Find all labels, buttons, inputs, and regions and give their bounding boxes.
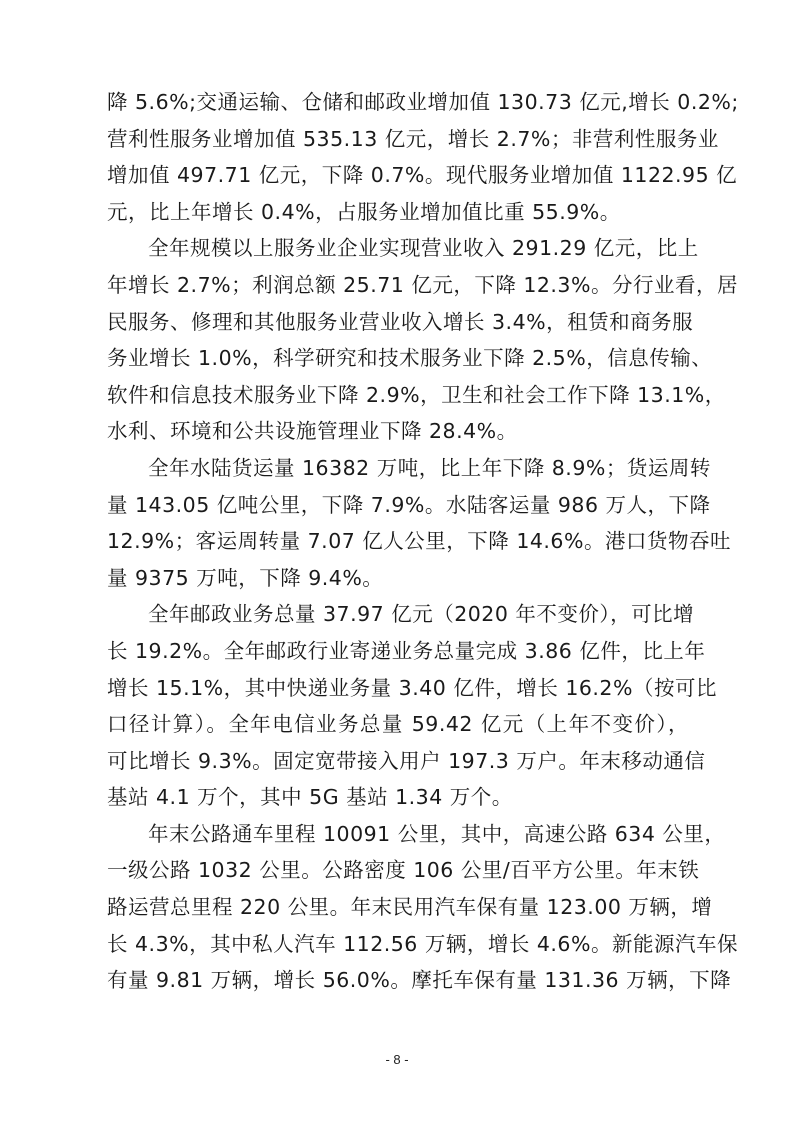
text-line: 民服务、修理和其他服务业营业收入增长 3.4%，租赁和商务服 [107, 304, 689, 341]
text-line: 量 143.05 亿吨公里，下降 7.9%。水陆客运量 986 万人，下降 [107, 487, 689, 524]
text-line: 量 9375 万吨，下降 9.4%。 [107, 560, 689, 597]
text-line: 路运营总里程 220 公里。年末民用汽车保有量 123.00 万辆，增 [107, 889, 689, 926]
text-line: 降 5.6%;交通运输、仓储和邮政业增加值 130.73 亿元,增长 0.2%; [107, 84, 689, 121]
text-line: 年增长 2.7%；利润总额 25.71 亿元，下降 12.3%。分行业看，居 [107, 267, 689, 304]
text-line: 基站 4.1 万个，其中 5G 基站 1.34 万个。 [107, 779, 689, 816]
text-line: 长 4.3%，其中私人汽车 112.56 万辆，增长 4.6%。新能源汽车保 [107, 926, 689, 963]
text-line: 营利性服务业增加值 535.13 亿元，增长 2.7%；非营利性服务业 [107, 121, 689, 158]
text-line: 全年邮政业务总量 37.97 亿元（2020 年不变价），可比增 [107, 596, 689, 633]
text-line: 水利、环境和公共设施管理业下降 28.4%。 [107, 413, 689, 450]
paragraph-freight-passenger-transport: 全年水陆货运量 16382 万吨，比上年下降 8.9%；货运周转 量 143.0… [107, 450, 689, 596]
text-line: 口径计算）。全年电信业务总量 59.42 亿元（上年不变价）， [107, 706, 689, 743]
paragraph-postal-telecom: 全年邮政业务总量 37.97 亿元（2020 年不变价），可比增 长 19.2%… [107, 596, 689, 816]
text-line: 全年水陆货运量 16382 万吨，比上年下降 8.9%；货运周转 [107, 450, 689, 487]
text-line: 务业增长 1.0%，科学研究和技术服务业下降 2.5%，信息传输、 [107, 340, 689, 377]
text-line: 有量 9.81 万辆，增长 56.0%。摩托车保有量 131.36 万辆，下降 [107, 962, 689, 999]
text-line: 全年规模以上服务业企业实现营业收入 291.29 亿元，比上 [107, 230, 689, 267]
document-page: 降 5.6%;交通运输、仓储和邮政业增加值 130.73 亿元,增长 0.2%;… [107, 84, 689, 999]
text-line: 可比增长 9.3%。固定宽带接入用户 197.3 万户。年末移动通信 [107, 743, 689, 780]
text-line: 增长 15.1%，其中快递业务量 3.40 亿件，增长 16.2%（按可比 [107, 670, 689, 707]
text-line: 一级公路 1032 公里。公路密度 106 公里/百平方公里。年末铁 [107, 852, 689, 889]
paragraph-service-value-added: 降 5.6%;交通运输、仓储和邮政业增加值 130.73 亿元,增长 0.2%;… [107, 84, 689, 230]
page-number: - 8 - [0, 1052, 794, 1067]
text-line: 年末公路通车里程 10091 公里，其中，高速公路 634 公里， [107, 816, 689, 853]
paragraph-roads-vehicles: 年末公路通车里程 10091 公里，其中，高速公路 634 公里， 一级公路 1… [107, 816, 689, 999]
text-line: 元，比上年增长 0.4%，占服务业增加值比重 55.9%。 [107, 194, 689, 231]
paragraph-service-enterprise-revenue: 全年规模以上服务业企业实现营业收入 291.29 亿元，比上 年增长 2.7%；… [107, 230, 689, 450]
text-line: 12.9%；客运周转量 7.07 亿人公里，下降 14.6%。港口货物吞吐 [107, 523, 689, 560]
text-line: 长 19.2%。全年邮政行业寄递业务总量完成 3.86 亿件，比上年 [107, 633, 689, 670]
text-line: 软件和信息技术服务业下降 2.9%，卫生和社会工作下降 13.1%， [107, 377, 689, 414]
text-line: 增加值 497.71 亿元，下降 0.7%。现代服务业增加值 1122.95 亿 [107, 157, 689, 194]
